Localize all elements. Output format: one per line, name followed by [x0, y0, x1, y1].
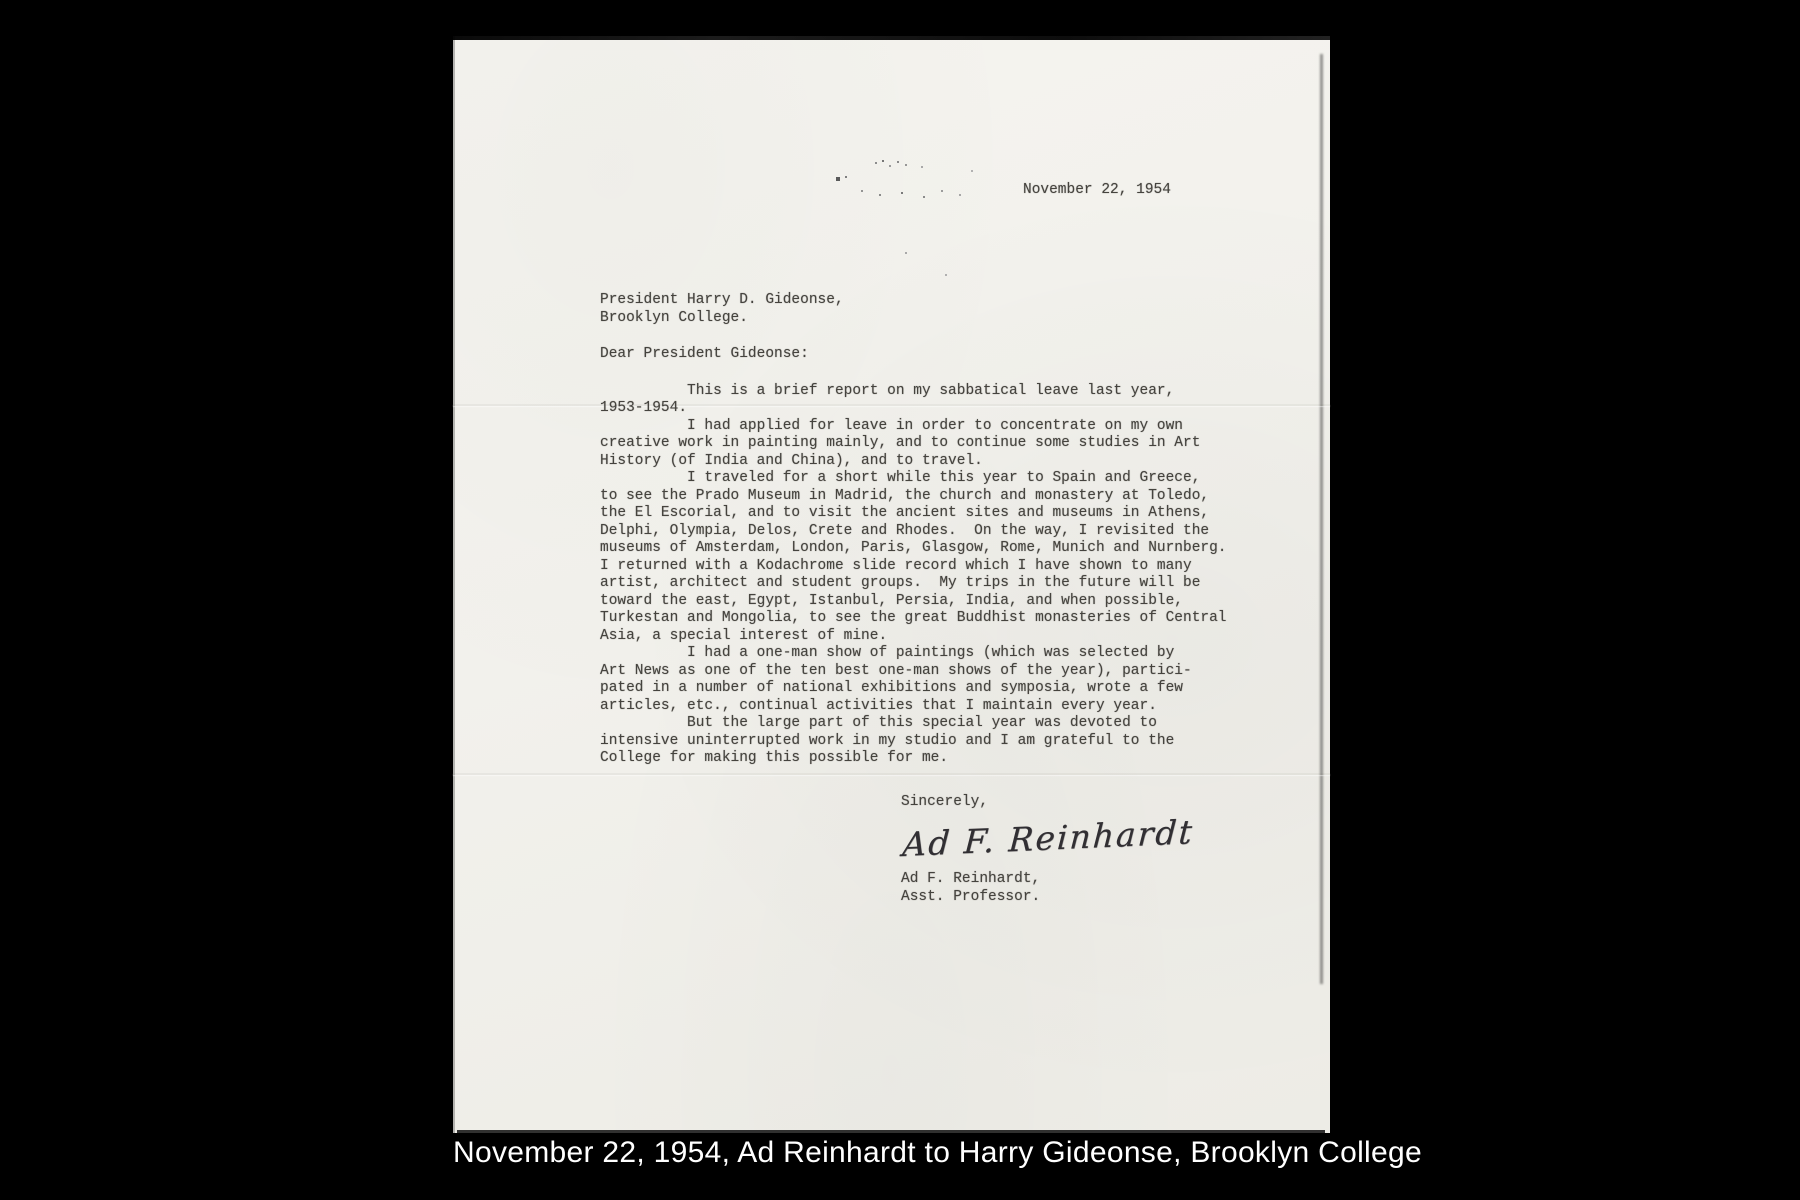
recipient-institution: Brooklyn College. [600, 310, 1260, 328]
scan-edge-top [453, 36, 1330, 40]
signed-title: Asst. Professor. [901, 889, 1260, 907]
scan-streak-artifact [1320, 54, 1323, 984]
scan-specks [845, 156, 847, 158]
handwritten-signature: Ad F. Reinhardt [901, 812, 1195, 871]
body-paragraph: But the large part of this special year … [600, 715, 1260, 768]
letter-page: November 22, 1954 President Harry D. Gid… [453, 36, 1330, 1133]
scan-viewer-background: November 22, 1954 President Harry D. Gid… [0, 0, 1800, 1200]
date-line: November 22, 1954 [1023, 182, 1171, 200]
recipient-name: President Harry D. Gideonse, [600, 292, 1260, 310]
letter-body: President Harry D. Gideonse, Brooklyn Co… [600, 292, 1260, 906]
body-paragraph: I had a one-man show of paintings (which… [600, 645, 1260, 715]
scan-edge-bottom [457, 1130, 1325, 1133]
recipient-address: President Harry D. Gideonse, Brooklyn Co… [600, 292, 1260, 327]
closing: Sincerely, [901, 794, 1260, 812]
closing-block: Sincerely, Ad F. Reinhardt Ad F. Reinhar… [901, 794, 1260, 907]
caption: November 22, 1954, Ad Reinhardt to Harry… [453, 1136, 1330, 1170]
body-paragraph: I had applied for leave in order to conc… [600, 418, 1260, 471]
scan-edge-left [453, 36, 455, 1133]
body-paragraph: I traveled for a short while this year t… [600, 470, 1260, 645]
signed-name: Ad F. Reinhardt, [901, 871, 1260, 889]
salutation: Dear President Gideonse: [600, 346, 1260, 364]
body-paragraph: This is a brief report on my sabbatical … [600, 383, 1260, 418]
